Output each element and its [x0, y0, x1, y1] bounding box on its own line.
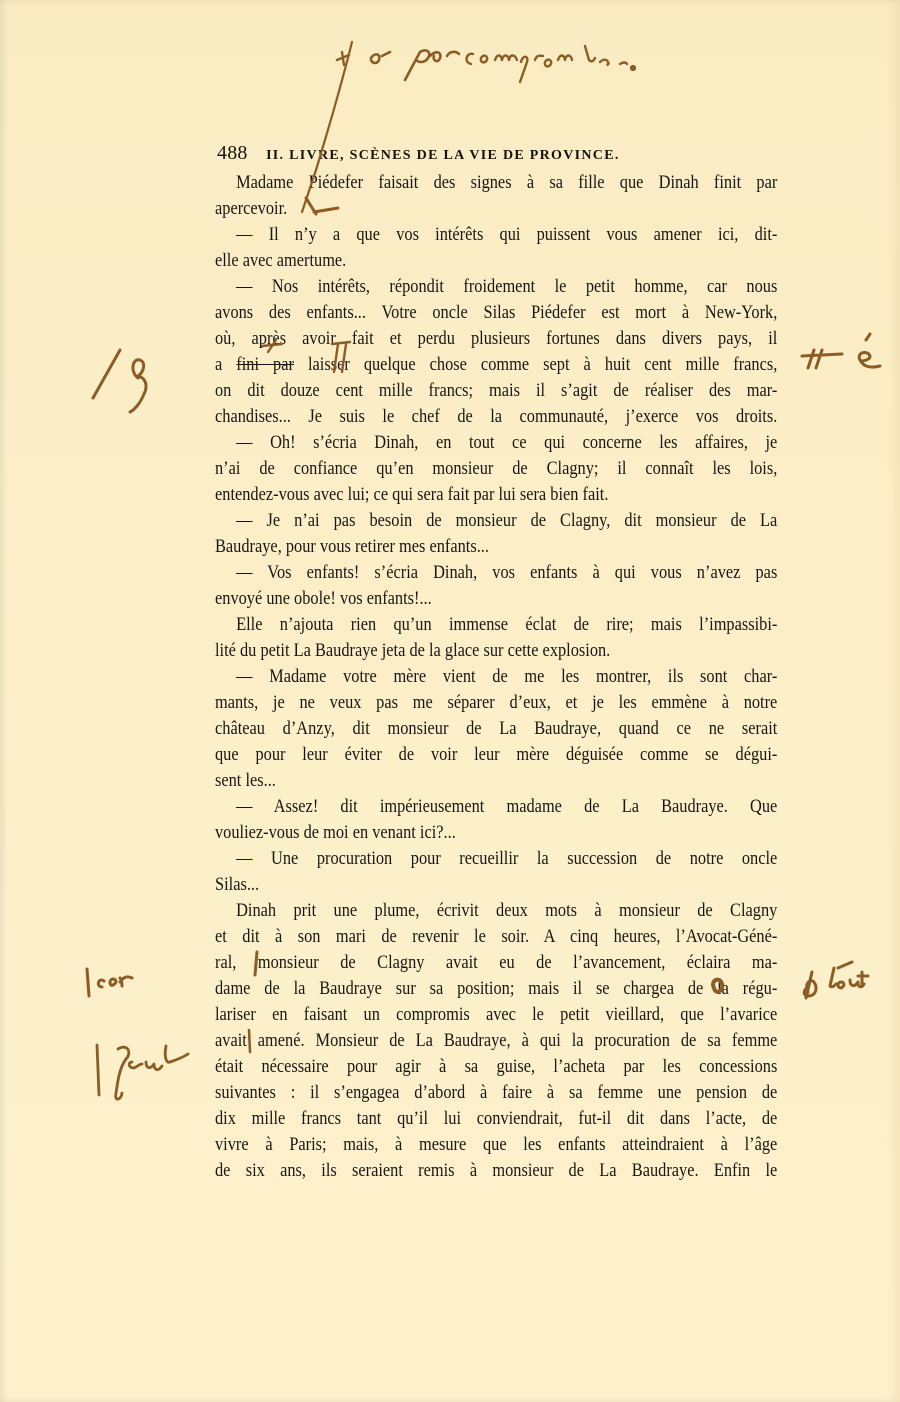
text-fragment: laisser quelque chose comme sept à huit … [294, 354, 777, 375]
text-line: — Assez! dit impérieusement madame de La… [215, 794, 777, 820]
text-line: dame de la Baudraye sur sa position; mai… [215, 976, 777, 1002]
text-line: était nécessaire pour agir à sa guise, l… [215, 1054, 777, 1080]
text-line: chandises... Je suis le chef de la commu… [215, 404, 777, 430]
text-line: a fini par laisser quelque chose comme s… [215, 352, 777, 378]
text-line: château d’Anzy, dit monsieur de La Baudr… [215, 716, 777, 742]
left-margin-mark-3 [97, 1045, 188, 1099]
right-margin-mark-2 [804, 962, 868, 998]
page-number: 488 [217, 142, 248, 164]
text-fragment: a [215, 354, 236, 375]
right-margin-mark-1 [802, 334, 880, 368]
text-line: Dinah prit une plume, écrivit deux mots … [215, 898, 777, 924]
text-line: entendez-vous avec lui; ce qui sera fait… [215, 482, 777, 508]
text-line: avons des enfants... Votre oncle Silas P… [215, 300, 777, 326]
text-line: — Nos intérêts, répondit froidement le p… [215, 274, 777, 300]
text-line: de six ans, ils seraient remis à monsieu… [215, 1158, 777, 1184]
text-line: lariser en faisant un compromis avec le … [215, 1002, 777, 1028]
text-line: suivantes : il s’engagea d’abord à faire… [215, 1080, 777, 1106]
text-line: — Oh! s’écria Dinah, en tout ce qui conc… [215, 430, 777, 456]
running-head: II. LIVRE, SCÈNES DE LA VIE DE PROVINCE. [266, 148, 620, 163]
text-line: vivre à Paris; mais, à mesure que les en… [215, 1132, 777, 1158]
text-line: — Une procuration pour recueillir la suc… [215, 846, 777, 872]
text-line: — Madame votre mère vient de me les mont… [215, 664, 777, 690]
text-line: elle avec amertume. [215, 248, 777, 274]
text-line: Madame Piédefer faisait des signes à sa … [215, 170, 777, 196]
text-line: sent les... [215, 768, 777, 794]
struck-text: fini par [236, 354, 294, 375]
text-line: ral, monsieur de Clagny avait eu de l’av… [215, 950, 777, 976]
text-line: lité du petit La Baudraye jeta de la gla… [215, 638, 777, 664]
text-line: on dit douze cent mille francs; mais il … [215, 378, 777, 404]
left-margin-mark-1 [93, 350, 146, 412]
text-line: Silas... [215, 872, 777, 898]
text-line: Baudraye, pour vous retirer mes enfants.… [215, 534, 777, 560]
text-line: mants, je ne veux pas me séparer d’eux, … [215, 690, 777, 716]
page-header: 488 II. LIVRE, SCÈNES DE LA VIE DE PROVI… [217, 142, 777, 165]
text-line: n’ai de confiance qu’en monsieur de Clag… [215, 456, 777, 482]
left-margin-mark-2 [87, 969, 132, 996]
text-line: apercevoir. [215, 196, 777, 222]
text-line: — Vos enfants! s’écria Dinah, vos enfant… [215, 560, 777, 586]
text-line: vouliez-vous de moi en venant ici?... [215, 820, 777, 846]
text-line: — Il n’y a que vos intérêts qui puissent… [215, 222, 777, 248]
text-line: envoyé une obole! vos enfants!... [215, 586, 777, 612]
text-line: et dit à son mari de revenir le soir. A … [215, 924, 777, 950]
body-text: Madame Piédefer faisait des signes à sa … [215, 170, 777, 1184]
text-line: dix mille francs tant qu’il lui conviend… [215, 1106, 777, 1132]
text-line: — Je n’ai pas besoin de monsieur de Clag… [215, 508, 777, 534]
text-line: avait amené. Monsieur de La Baudraye, à … [215, 1028, 777, 1054]
text-line: que pour leur éviter de voir leur mère d… [215, 742, 777, 768]
text-line: Elle n’ajouta rien qu’un immense éclat d… [215, 612, 777, 638]
book-page: 488 II. LIVRE, SCÈNES DE LA VIE DE PROVI… [0, 0, 900, 1402]
text-line: où, après avoir fait et perdu plusieurs … [215, 326, 777, 352]
